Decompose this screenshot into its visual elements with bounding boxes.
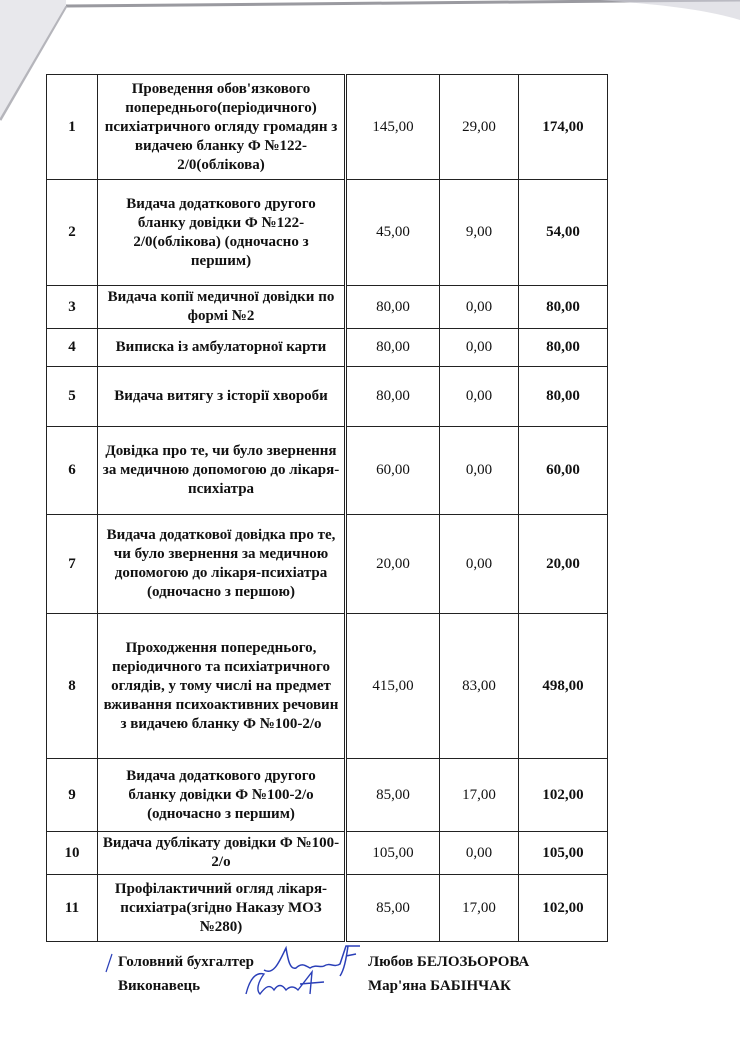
row-number: 7 <box>47 515 98 614</box>
price-cell: 85,00 <box>346 875 440 942</box>
total-cell: 80,00 <box>519 286 608 329</box>
signature-name: Любов БЕЛОЗЬОРОВА <box>368 950 529 974</box>
vat-cell: 17,00 <box>440 759 519 832</box>
vat-cell: 29,00 <box>440 75 519 180</box>
scanned-page: 1Проведення обов'язкового попереднього(п… <box>0 0 740 1056</box>
total-cell: 80,00 <box>519 329 608 367</box>
service-description: Видача витягу з історії хвороби <box>98 367 346 427</box>
service-description: Видача додаткового другого бланку довідк… <box>98 180 346 286</box>
vat-cell: 0,00 <box>440 515 519 614</box>
table-row: 11Профілактичний огляд лікаря-психіатра(… <box>47 875 608 942</box>
service-description: Виписка із амбулаторної карти <box>98 329 346 367</box>
price-cell: 80,00 <box>346 286 440 329</box>
vat-cell: 0,00 <box>440 286 519 329</box>
vat-cell: 9,00 <box>440 180 519 286</box>
total-cell: 498,00 <box>519 614 608 759</box>
row-number: 1 <box>47 75 98 180</box>
pen-stroke-icon <box>104 952 114 974</box>
service-description: Профілактичний огляд лікаря-психіатра(зг… <box>98 875 346 942</box>
price-cell: 415,00 <box>346 614 440 759</box>
service-description: Видача копії медичної довідки по формі №… <box>98 286 346 329</box>
price-cell: 105,00 <box>346 832 440 875</box>
service-description: Видача додаткового другого бланку довідк… <box>98 759 346 832</box>
signature-role: Головний бухгалтер <box>118 950 254 974</box>
signature-role: Виконавець <box>118 974 200 998</box>
row-number: 8 <box>47 614 98 759</box>
handwritten-signature-icon <box>240 968 330 1002</box>
service-description: Проходження попереднього, періодичного т… <box>98 614 346 759</box>
table-row: 5Видача витягу з історії хвороби80,000,0… <box>47 367 608 427</box>
table-row: 9Видача додаткового другого бланку довід… <box>47 759 608 832</box>
signature-name: Мар'яна БАБІНЧАК <box>368 974 511 998</box>
row-number: 6 <box>47 427 98 515</box>
vat-cell: 0,00 <box>440 367 519 427</box>
total-cell: 174,00 <box>519 75 608 180</box>
table-row: 3Видача копії медичної довідки по формі … <box>47 286 608 329</box>
total-cell: 20,00 <box>519 515 608 614</box>
vat-cell: 0,00 <box>440 427 519 515</box>
row-number: 4 <box>47 329 98 367</box>
total-cell: 102,00 <box>519 875 608 942</box>
vat-cell: 17,00 <box>440 875 519 942</box>
row-number: 9 <box>47 759 98 832</box>
row-number: 5 <box>47 367 98 427</box>
table-row: 4Виписка із амбулаторної карти80,000,008… <box>47 329 608 367</box>
price-cell: 45,00 <box>346 180 440 286</box>
table-row: 1Проведення обов'язкового попереднього(п… <box>47 75 608 180</box>
service-description: Проведення обов'язкового попереднього(пе… <box>98 75 346 180</box>
price-cell: 80,00 <box>346 329 440 367</box>
price-cell: 60,00 <box>346 427 440 515</box>
total-cell: 102,00 <box>519 759 608 832</box>
table-row: 10Видача дублікату довідки Ф №100-2/о105… <box>47 832 608 875</box>
price-cell: 145,00 <box>346 75 440 180</box>
total-cell: 80,00 <box>519 367 608 427</box>
table-row: 7Видача додаткової довідка про те, чи бу… <box>47 515 608 614</box>
total-cell: 60,00 <box>519 427 608 515</box>
row-number: 2 <box>47 180 98 286</box>
service-description: Видача дублікату довідки Ф №100-2/о <box>98 832 346 875</box>
table-row: 2Видача додаткового другого бланку довід… <box>47 180 608 286</box>
table-row: 6Довідка про те, чи було звернення за ме… <box>47 427 608 515</box>
fee-table: 1Проведення обов'язкового попереднього(п… <box>46 74 608 942</box>
price-cell: 85,00 <box>346 759 440 832</box>
row-number: 10 <box>47 832 98 875</box>
total-cell: 105,00 <box>519 832 608 875</box>
row-number: 11 <box>47 875 98 942</box>
table-row: 8Проходження попереднього, періодичного … <box>47 614 608 759</box>
price-cell: 20,00 <box>346 515 440 614</box>
total-cell: 54,00 <box>519 180 608 286</box>
vat-cell: 0,00 <box>440 329 519 367</box>
service-description: Довідка про те, чи було звернення за мед… <box>98 427 346 515</box>
vat-cell: 0,00 <box>440 832 519 875</box>
service-description: Видача додаткової довідка про те, чи бул… <box>98 515 346 614</box>
vat-cell: 83,00 <box>440 614 519 759</box>
price-cell: 80,00 <box>346 367 440 427</box>
row-number: 3 <box>47 286 98 329</box>
